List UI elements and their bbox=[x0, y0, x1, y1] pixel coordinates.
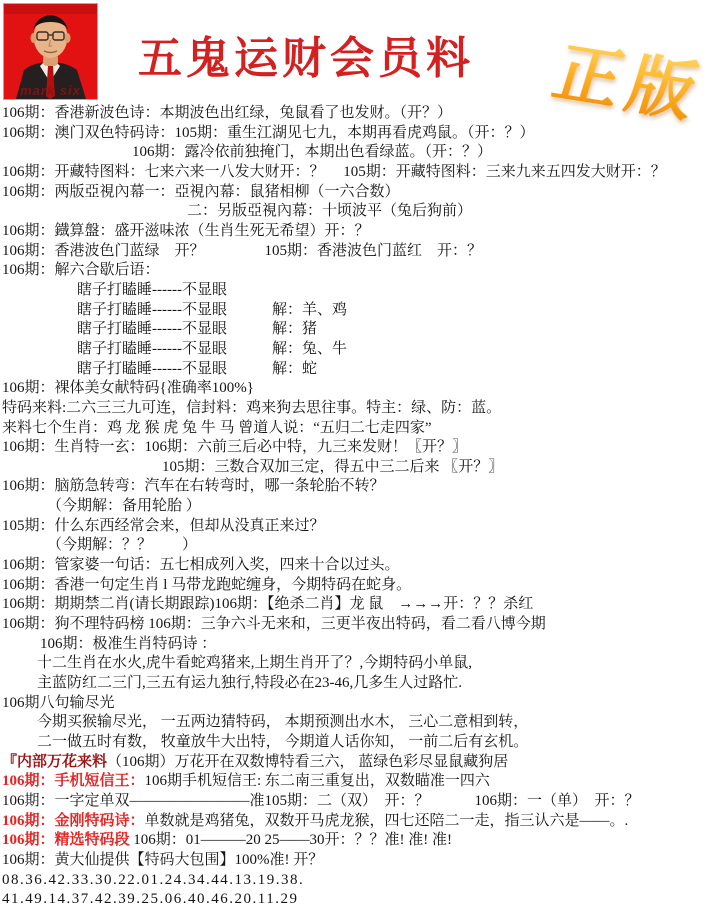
tip-line: 41.49.14.37.42.39.25.06.40.46.20.11.29 bbox=[2, 890, 723, 910]
tip-line: 今期买猴输尽光， 一五两边猜特码， 本期预测出水木， 三心二意相到转， bbox=[2, 713, 723, 733]
tip-line: 特码来料:二六三三九可连，信封料：鸡来狗去思往事。特主：绿、防：蓝。 bbox=[2, 399, 723, 419]
tip-line: 106期：香港一句定生肖 l 马带龙跑蛇缠身，今期特码在蛇身。 bbox=[2, 576, 723, 596]
tip-line: 106期八句输尽光 bbox=[2, 694, 723, 714]
tip-line: 08.36.42.33.30.22.01.24.34.44.13.19.38. bbox=[2, 871, 723, 891]
tip-line: 主蓝防红二三门,三五有运九独行,特段必在23-46,几多生人过路忙. bbox=[2, 674, 723, 694]
tip-segment: 106期：管家婆一句话：五七相成列入奖，四来十合以过头。 bbox=[2, 557, 400, 573]
tip-segment: 106期：生肖特一玄：106期：六前三后必中特，九三来发财！〖开？〗 bbox=[2, 439, 467, 455]
tip-segment: 106期：手机短信王： bbox=[2, 773, 145, 789]
tip-segment: 08.36.42.33.30.22.01.24.34.44.13.19.38. bbox=[2, 872, 304, 888]
tip-line: 二一做五时有数， 牧童放牛大出特， 今期道人话你知， 一前二后有玄机。 bbox=[2, 733, 723, 753]
tip-line: 106期：手机短信王：106期手机短信王: 东二南三重复出，双数瞄准一四六 bbox=[2, 772, 723, 792]
tip-segment: 106期：01———20 25——30开：？？准! 准! 准! bbox=[130, 832, 453, 848]
tip-segment: 106期：黄大仙提供【特码大包围】100%准! 开？ bbox=[2, 852, 323, 868]
tip-segment: 106期：裸体美女献特码{准确率100%} bbox=[2, 380, 254, 396]
tip-line: 瞎子打瞌睡------不显眼 解：蛇 bbox=[2, 360, 723, 380]
tip-segment: 来料七个生肖：鸡 龙 猴 虎 兔 牛 马 曾道人说：“五归二七走四家” bbox=[2, 420, 432, 436]
tip-segment: 106期：鐡算盤：盛开滋味浓（生肖生死无希望）开：？ bbox=[2, 223, 370, 239]
tip-segment: 二：另版亞視內幕：十顷波平（兔后狗前） bbox=[187, 203, 472, 219]
tip-segment: （今期解：备用轮胎 ） bbox=[47, 498, 201, 514]
tip-line: 二：另版亞視內幕：十顷波平（兔后狗前） bbox=[2, 202, 723, 222]
tip-line: 106期：鐡算盤：盛开滋味浓（生肖生死无希望）开：？ bbox=[2, 222, 723, 242]
tip-segment: 106期：澳门双色特码诗：105期：重生江湖见七九，本期再看虎鸡鼠。（开：？） bbox=[2, 125, 535, 141]
tip-line: 106期：香港波色门蓝绿 开？ 105期：香港波色门蓝红 开：？ bbox=[2, 242, 723, 262]
tip-line: 瞎子打瞌睡------不显眼 解：猪 bbox=[2, 320, 723, 340]
tip-line: 106期：精选特码段 106期：01———20 25——30开：？？准! 准! … bbox=[2, 831, 723, 851]
tip-segment: 106期：香港新波色诗：本期波色出红绿，兔鼠看了也发财。（开？） bbox=[2, 105, 452, 121]
tip-segment: 106期：两版亞視內幕一：亞視內幕：鼠猪相柳（一六合数） bbox=[2, 184, 400, 200]
tip-segment: 106期：金刚特码诗： bbox=[2, 813, 145, 829]
tip-segment: 106期：精选特码段 bbox=[2, 832, 130, 848]
tip-segment: 106期：脑筋急转弯：汽车在右转弯时，哪一条轮胎不转？ bbox=[2, 478, 385, 494]
tip-segment: 十二生肖在水火,虎牛看蛇鸡猪来,上期生肖开了？,今期特码小单鼠, bbox=[37, 655, 472, 671]
tip-line: 106期：裸体美女献特码{准确率100%} bbox=[2, 379, 723, 399]
tip-segment: 单数就是鸡猪兔，双数开马虎龙猴，四七还陪二一走，指三认六是——。. bbox=[145, 813, 629, 829]
tip-line: 106期：生肖特一玄：106期：六前三后必中特，九三来发财！〖开？〗 bbox=[2, 438, 723, 458]
tip-segment: 瞎子打瞌睡------不显眼 bbox=[77, 282, 227, 298]
tip-segment: 瞎子打瞌睡------不显眼 解：蛇 bbox=[77, 361, 317, 377]
tip-segment: 106期：解六合歇后语： bbox=[2, 262, 160, 278]
tip-line: 106期：澳门双色特码诗：105期：重生江湖见七九，本期再看虎鸡鼠。（开：？） bbox=[2, 124, 723, 144]
tip-segment: 106期：露冷依前独掩门，本期出色看绿蓝。（开：？） bbox=[132, 144, 492, 160]
tip-segment: 主蓝防红二三门,三五有运九独行,特段必在23-46,几多生人过路忙. bbox=[37, 675, 462, 691]
tip-segment: 今期买猴输尽光， 一五两边猜特码， 本期预测出水木， 三心二意相到转， bbox=[37, 714, 528, 730]
tip-segment: 106期：开藏特图料：七来六来一八发大财开：？ 105期：开藏特图料：三来九来五… bbox=[2, 164, 666, 180]
tip-segment: （106期）万花开在双数博特看三六， 蓝绿色彩尽显鼠藏狗居 bbox=[107, 754, 508, 770]
tip-line: 瞎子打瞌睡------不显眼 解：兔、牛 bbox=[2, 340, 723, 360]
tip-sheet-page: mark six 五鬼运财会员料 正版 106期：香港新波色诗：本期波色出红绿，… bbox=[0, 0, 723, 911]
tip-segment: 105期：什么东西经常会来，但却从没真正来过？ bbox=[2, 518, 325, 534]
tip-segment: 瞎子打瞌睡------不显眼 解：猪 bbox=[77, 321, 317, 337]
tip-line: 106期：解六合歇后语： bbox=[2, 261, 723, 281]
tip-segment: 『内部万花来料 bbox=[2, 754, 107, 770]
portrait-photo: mark six bbox=[3, 3, 98, 100]
tip-segment: 106期：极准生肖特码诗 ： bbox=[40, 636, 216, 652]
tip-line: 106期：开藏特图料：七来六来一八发大财开：？ 105期：开藏特图料：三来九来五… bbox=[2, 163, 723, 183]
tip-segment: 106期：期期禁二肖(请长期跟踪)106期：【绝杀二肖】龙 鼠 →→→开：？？杀… bbox=[2, 596, 533, 612]
tip-line: 106期：黄大仙提供【特码大包围】100%准! 开？ bbox=[2, 851, 723, 871]
tip-segment: （今期解：？？ ） bbox=[47, 537, 197, 553]
tip-segment: 二一做五时有数， 牧童放牛大出特， 今期道人话你知， 一前二后有玄机。 bbox=[37, 734, 528, 750]
tip-line: 106期：露冷依前独掩门，本期出色看绿蓝。（开：？） bbox=[2, 143, 723, 163]
tip-segment: 瞎子打瞌睡------不显眼 解：羊、鸡 bbox=[77, 302, 347, 318]
tip-line: （今期解：？？ ） bbox=[2, 536, 723, 556]
tip-segment: 106期：一字定单双————————准105期：二（双） 开：？ 106期：一（… bbox=[2, 793, 640, 809]
tip-segment: 106期八句输尽光 bbox=[2, 695, 115, 711]
tip-line: 105期：什么东西经常会来，但却从没真正来过？ bbox=[2, 517, 723, 537]
tip-line: 105期：三数合双加三定，得五中三二后来 〖开？〗 bbox=[2, 458, 723, 478]
tip-line: 106期：期期禁二肖(请长期跟踪)106期：【绝杀二肖】龙 鼠 →→→开：？？杀… bbox=[2, 595, 723, 615]
tip-line: 十二生肖在水火,虎牛看蛇鸡猪来,上期生肖开了？,今期特码小单鼠, bbox=[2, 654, 723, 674]
tip-line: 瞎子打瞌睡------不显眼 bbox=[2, 281, 723, 301]
tip-line: 来料七个生肖：鸡 龙 猴 虎 兔 牛 马 曾道人说：“五归二七走四家” bbox=[2, 419, 723, 439]
tip-line: 106期：金刚特码诗：单数就是鸡猪兔，双数开马虎龙猴，四七还陪二一走，指三认六是… bbox=[2, 812, 723, 832]
tip-segment: 106期手机短信王: 东二南三重复出，双数瞄准一四六 bbox=[145, 773, 490, 789]
tip-line: （今期解：备用轮胎 ） bbox=[2, 497, 723, 517]
tip-segment: 106期：香港波色门蓝绿 开？ 105期：香港波色门蓝红 开：？ bbox=[2, 243, 482, 259]
tip-line: 瞎子打瞌睡------不显眼 解：羊、鸡 bbox=[2, 301, 723, 321]
photo-caption: mark six bbox=[4, 83, 97, 98]
tip-line: 106期：脑筋急转弯：汽车在右转弯时，哪一条轮胎不转？ bbox=[2, 477, 723, 497]
tip-segment: 瞎子打瞌睡------不显眼 解：兔、牛 bbox=[77, 341, 347, 357]
tip-line: 106期：一字定单双————————准105期：二（双） 开：？ 106期：一（… bbox=[2, 792, 723, 812]
tip-segment: 特码来料:二六三三九可连，信封料：鸡来狗去思往事。特主：绿、防：蓝。 bbox=[2, 400, 501, 416]
tip-segment: 106期：狗不理特码榜 106期：三争六斗无来和，三更半夜出特码，看二看八博今期 bbox=[2, 616, 546, 632]
tip-line: 106期：管家婆一句话：五七相成列入奖，四来十合以过头。 bbox=[2, 556, 723, 576]
tip-segment: 106期：香港一句定生肖 l 马带龙跑蛇缠身，今期特码在蛇身。 bbox=[2, 577, 411, 593]
tip-segment: 105期：三数合双加三定，得五中三二后来 〖开？〗 bbox=[162, 459, 503, 475]
tip-line: 106期：极准生肖特码诗 ： bbox=[2, 635, 723, 655]
tip-line: 106期：狗不理特码榜 106期：三争六斗无来和，三更半夜出特码，看二看八博今期 bbox=[2, 615, 723, 635]
tip-line: 『内部万花来料（106期）万花开在双数博特看三六， 蓝绿色彩尽显鼠藏狗居 bbox=[2, 753, 723, 773]
tip-line: 106期：两版亞視內幕一：亞視內幕：鼠猪相柳（一六合数） bbox=[2, 183, 723, 203]
tips-content: 106期：香港新波色诗：本期波色出红绿，兔鼠看了也发财。（开？）106期：澳门双… bbox=[2, 104, 723, 910]
tip-segment: 41.49.14.37.42.39.25.06.40.46.20.11.29 bbox=[2, 891, 298, 907]
page-title: 五鬼运财会员料 bbox=[138, 22, 498, 86]
tip-line: 106期：香港新波色诗：本期波色出红绿，兔鼠看了也发财。（开？） bbox=[2, 104, 723, 124]
